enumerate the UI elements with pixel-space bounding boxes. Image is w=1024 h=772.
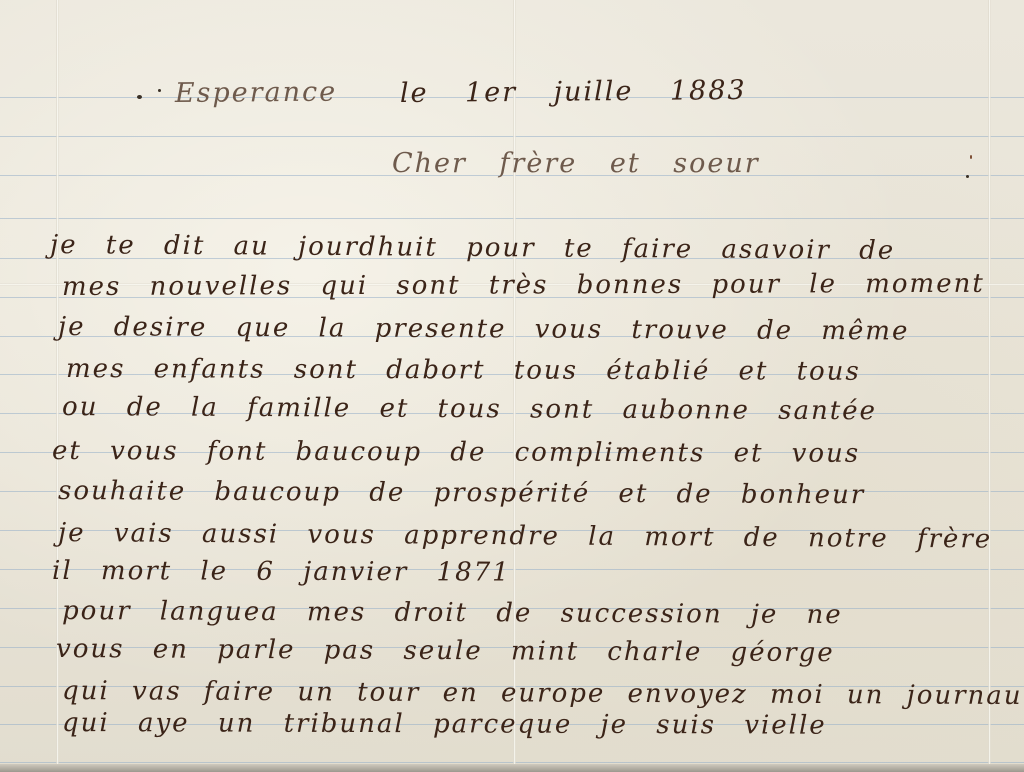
paper-fold <box>988 0 991 772</box>
letter-line: qui vas faire un tour en europe envoyez … <box>62 676 1023 711</box>
ruled-line <box>0 218 1024 219</box>
ruled-line <box>0 762 1024 763</box>
letter-line: et vous font baucoup de compliments et v… <box>52 436 860 469</box>
letter-line: mes nouvelles qui sont très bonnes pour … <box>62 269 985 302</box>
letter-line: souhaite baucoup de prospérité et de bon… <box>58 476 865 510</box>
ink-speck <box>158 89 161 92</box>
letter-line: ou de la famille et tous sont aubonne sa… <box>62 392 877 426</box>
letter-page: Esperance le 1er juille 1883 Cher frère … <box>0 0 1024 772</box>
ink-speck <box>137 95 142 99</box>
ink-speck <box>970 155 972 159</box>
paper-edge <box>0 764 1024 772</box>
ruled-line <box>0 136 1024 137</box>
ink-speck <box>966 175 969 178</box>
letter-line: vous en parle pas seule mint charle géor… <box>56 634 835 668</box>
letter-date: le 1er juille 1883 <box>400 75 747 109</box>
letter-line: il mort le 6 janvier 1871 <box>52 556 511 588</box>
letter-line: je desire que la presente vous trouve de… <box>58 312 909 346</box>
letter-line: qui aye un tribunal parceque je suis vie… <box>62 708 827 741</box>
letter-place: Esperance <box>175 77 338 109</box>
letter-line: je te dit au jourdhuit pour te faire asa… <box>50 230 895 266</box>
salutation: Cher frère et soeur <box>392 148 760 179</box>
letter-line: mes enfants sont dabort tous établié et … <box>66 354 861 387</box>
letter-line: pour languea mes droit de succession je … <box>62 596 843 630</box>
letter-line: je vais aussi vous apprendre la mort de … <box>58 518 992 555</box>
